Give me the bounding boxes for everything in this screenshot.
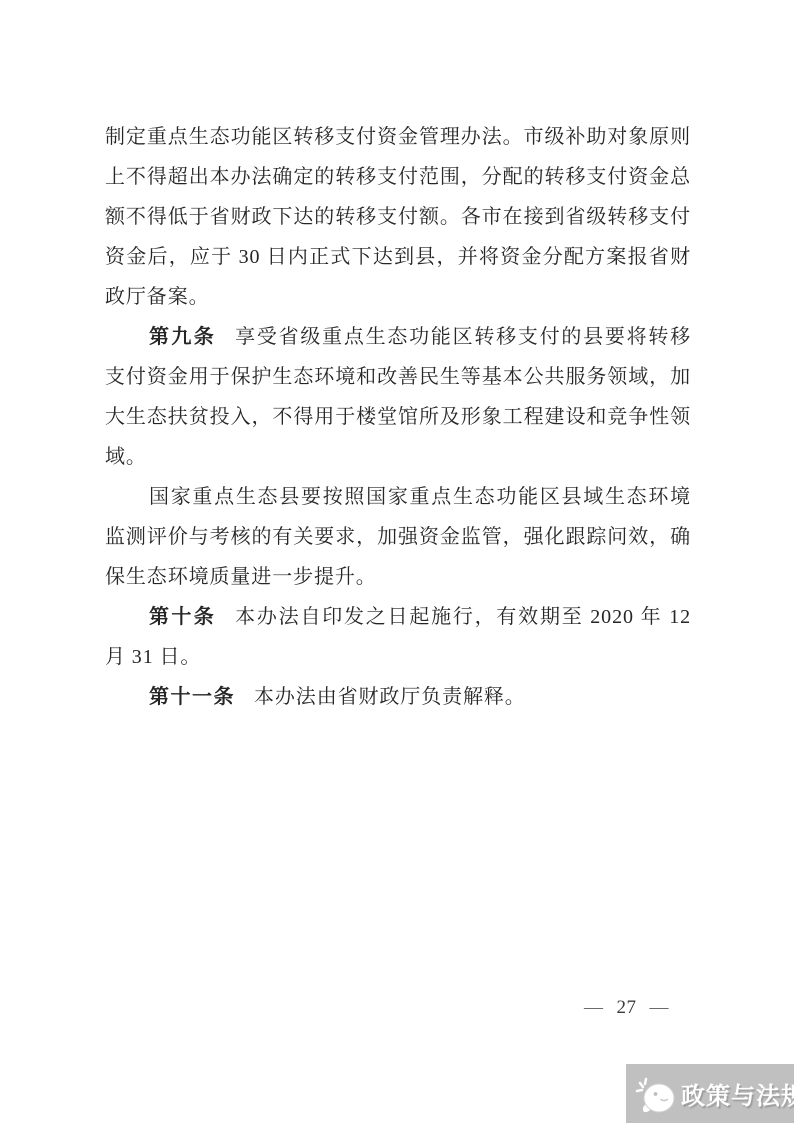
paragraph: 国家重点生态县要按照国家重点生态功能区县域生态环境监测评价与考核的有关要求，加强… bbox=[105, 477, 691, 597]
paragraph: 第十条本办法自印发之日起施行，有效期至 2020 年 12 月 31 日。 bbox=[105, 597, 691, 677]
paragraph: 制定重点生态功能区转移支付资金管理办法。市级补助对象原则上不得超出本办法确定的转… bbox=[105, 117, 691, 317]
article-number-label: 第九条 bbox=[149, 326, 216, 348]
logo-mascot-icon bbox=[632, 1071, 678, 1117]
page-number-value: 27 bbox=[617, 997, 637, 1018]
paragraph-text: 制定重点生态功能区转移支付资金管理办法。市级补助对象原则上不得超出本办法确定的转… bbox=[105, 126, 691, 308]
document-page: { "document": { "paragraphs": [ { "lead"… bbox=[0, 0, 794, 1123]
article-number-label: 第十条 bbox=[149, 606, 216, 628]
page-number-right-dash: — bbox=[650, 997, 670, 1018]
logo-label: 政策与法规 bbox=[681, 1076, 794, 1111]
article-number-label: 第十一条 bbox=[149, 686, 235, 708]
document-body: 制定重点生态功能区转移支付资金管理办法。市级补助对象原则上不得超出本办法确定的转… bbox=[105, 117, 691, 717]
footer-logo: 政策与法规 bbox=[626, 1064, 794, 1123]
paragraph-text: 国家重点生态县要按照国家重点生态功能区县域生态环境监测评价与考核的有关要求，加强… bbox=[105, 486, 691, 588]
page-number: —27— bbox=[584, 997, 669, 1019]
page-number-left-dash: — bbox=[584, 997, 604, 1018]
paragraph: 第九条享受省级重点生态功能区转移支付的县要将转移支付资金用于保护生态环境和改善民… bbox=[105, 317, 691, 477]
paragraph: 第十一条本办法由省财政厅负责解释。 bbox=[105, 677, 691, 717]
paragraph-text: 本办法由省财政厅负责解释。 bbox=[254, 686, 526, 708]
